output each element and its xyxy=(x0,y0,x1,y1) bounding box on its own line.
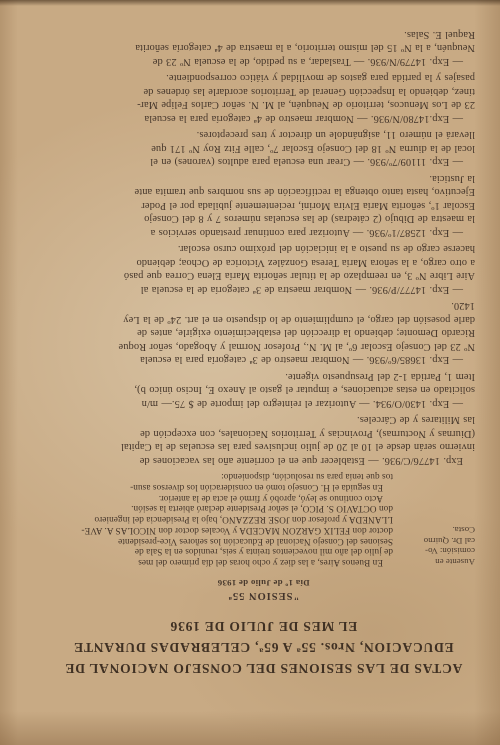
text-line: — Exp. 1430/O/934. — Autorizar el reinte… xyxy=(52,396,475,410)
resolution-entry: — Exp. 1430/O/934. — Autorizar el reinte… xyxy=(52,369,475,410)
resolution-entry: Exp. 14776/C/936. — Establecer que en el… xyxy=(52,413,475,467)
title-line: EDUCACION, Nros. 55ª A 65ª, CELEBRADAS D… xyxy=(52,637,475,658)
text-line: Escolar 1º, señorita María Elvira Morini… xyxy=(52,198,475,212)
text-line: Sesiones del Consejo Nacional de Educaci… xyxy=(52,535,393,546)
text-line: Aire Libre Nº 3, en reemplazo de la titu… xyxy=(52,269,475,283)
text-line: cal Dr. Quirno xyxy=(401,535,475,546)
text-line: LLANEDA y profesor don JOSE REZZANO, baj… xyxy=(52,513,393,524)
text-line: (Diurnas y Nocturnas), Provincias y Terr… xyxy=(52,426,475,440)
text-line: hacerse cargo de su puesto a la iniciaci… xyxy=(52,242,475,256)
text-line: Exp. 14776/C/936. — Establecer que en el… xyxy=(52,453,475,467)
text-line: — Exp. 14777/P/936. — Nombrar maestra de… xyxy=(52,282,475,296)
text-line: — Exp. 11109/7º/936. — Crear una escuela… xyxy=(52,155,475,169)
text-line: — Exp.14780/N/936. — Nombrar maestro de … xyxy=(52,111,475,125)
margin-note-absent-member: Ausente encomisión: Vo-cal Dr. QuirnoCos… xyxy=(401,524,475,567)
text-line: solicitado en estas actuaciones, e imput… xyxy=(52,383,475,397)
resolution-entry: — Exp. 13685/6º/936. — Nombrar maestro d… xyxy=(52,299,475,367)
text-line: Raquel E. Salas. xyxy=(52,27,475,41)
text-line: la maestra de Dibujo (2 cátedras) de las… xyxy=(52,212,475,226)
resolution-entry: — Exp.14780/N/936. — Nombrar maestro de … xyxy=(52,71,475,125)
resolution-entry: — Exp. 14779/N/936. — Trasladar, a su pe… xyxy=(52,27,475,68)
session-heading: "SESION 55ª xyxy=(52,589,475,601)
text-line: doctor don FELIX GARZON MACEDA y Vocales… xyxy=(52,524,393,535)
title-line: EL MES DE JULIO DE 1936 xyxy=(52,616,475,637)
resolutions-list: Exp. 14776/C/936. — Establecer que en el… xyxy=(52,27,475,467)
title-line: ACTAS DE LAS SESIONES DEL CONSEJO NACION… xyxy=(52,658,475,679)
text-line: 23 de Los Menucos, territorio de Neuquén… xyxy=(52,98,475,112)
text-line: llevará el número 11, asignándole un dir… xyxy=(52,128,475,142)
text-line: Neuquén, a la Nº 15 del mismo territorio… xyxy=(52,41,475,55)
text-line: Acto continuo se leyó, aprobó y firmó el… xyxy=(52,492,393,503)
text-line: En seguida el H. Consejo tomó en conside… xyxy=(52,481,393,492)
text-line: — Exp. 13685/6º/936. — Nombrar maestro d… xyxy=(52,353,475,367)
resolution-entry: — Exp. 14777/P/936. — Nombrar maestra de… xyxy=(52,242,475,296)
text-line: tos que tenía para su resolución, dispon… xyxy=(52,471,393,482)
opening-paragraph: En seguida el H. Consejo tomó en conside… xyxy=(52,471,393,492)
text-line: darle posesión del cargo, el cumplimient… xyxy=(52,312,475,326)
text-line: tínez, debiendo la Inspección General de… xyxy=(52,84,475,98)
text-line: las Militares y de Cárceles. xyxy=(52,413,475,427)
session-date: Día 1º de Julio de 1936 xyxy=(52,577,475,588)
text-line: local de la diurna Nº 18 del Consejo Esc… xyxy=(52,141,475,155)
text-line: — Exp. 14779/N/936. — Trasladar, a su pe… xyxy=(52,54,475,68)
page-content: ACTAS DE LAS SESIONES DEL CONSEJO NACION… xyxy=(0,0,500,745)
text-line: En Buenos Aires, a las diez y ocho horas… xyxy=(52,556,393,567)
text-line: Ausente en xyxy=(401,556,475,567)
text-line: Nº 23 del Consejo Escolar 6º, al M. N., … xyxy=(52,339,475,353)
text-line: a otro cargo, a la señora María Teresa G… xyxy=(52,255,475,269)
opening-paragraph: En Buenos Aires, a las diez y ocho horas… xyxy=(52,503,393,567)
text-line: Item 1, Partida 1-2 del Presupuesto vige… xyxy=(52,369,475,383)
text-line: don OCTAVIO S. PICO, el señor Presidente… xyxy=(52,503,393,514)
resolution-entry: — Exp. 11109/7º/936. — Crear una escuela… xyxy=(52,128,475,169)
text-line: — Exp. 12587/1º/936. — Autorizar para co… xyxy=(52,225,475,239)
text-line: comisión: Vo- xyxy=(401,546,475,557)
text-line: invierno serán desde el 10 al 20 de juli… xyxy=(52,440,475,454)
text-line: Ejecutivo, hasta tanto obtenga la rectif… xyxy=(52,185,475,199)
text-line: Costa. xyxy=(401,524,475,535)
text-line: la Justicia. xyxy=(52,171,475,185)
text-line: Ricardo Demonte; debiendo la dirección d… xyxy=(52,326,475,340)
session-opening-block: Ausente encomisión: Vo-cal Dr. QuirnoCos… xyxy=(52,471,393,567)
resolution-entry: — Exp. 12587/1º/936. — Autorizar para co… xyxy=(52,171,475,239)
document-title: ACTAS DE LAS SESIONES DEL CONSEJO NACION… xyxy=(52,616,475,679)
text-line: 1420. xyxy=(52,299,475,313)
opening-paragraph: Acto continuo se leyó, aprobó y firmó el… xyxy=(52,492,393,503)
text-line: pasajes y la partida para gastos de movi… xyxy=(52,71,475,85)
scanned-page: ACTAS DE LAS SESIONES DEL CONSEJO NACION… xyxy=(0,0,500,745)
text-line: de julio del año mil novecientos treinta… xyxy=(52,546,393,557)
